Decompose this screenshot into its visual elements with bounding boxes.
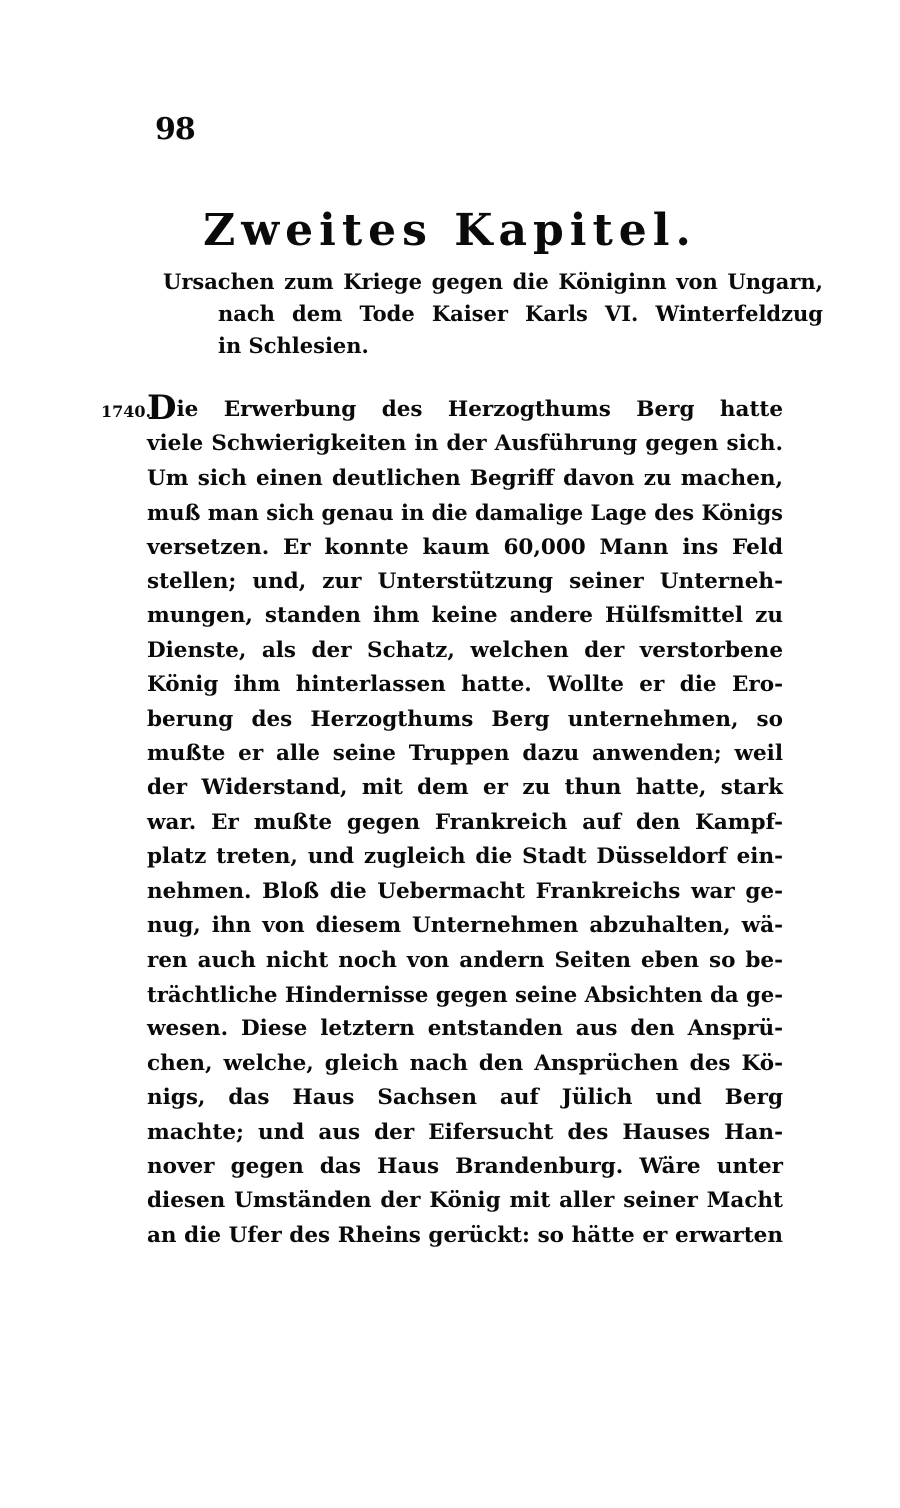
body-line: versetzen. Er konnte kaum 60,000 Mann in… (147, 531, 783, 565)
body-line: viele Schwierigkeiten in der Ausführung … (147, 427, 783, 461)
body-text: Die Erwerbung des Herzogthums Berg hatte… (147, 393, 783, 1253)
body-line: muß man sich genau in die damalige Lage … (147, 496, 783, 530)
body-line: Die Erwerbung des Herzogthums Berg hatte (147, 393, 783, 427)
summary-line: nach dem Tode Kaiser Karls VI. Winterfel… (163, 298, 823, 330)
drop-letter: D (147, 388, 176, 428)
body-line: diesen Umständen der König mit aller sei… (147, 1184, 783, 1218)
body-line: war. Er mußte gegen Frankreich auf den K… (147, 806, 783, 840)
body-line: nehmen. Bloß die Uebermacht Frankreichs … (147, 875, 783, 909)
body-line: mußte er alle seine Truppen dazu anwende… (147, 737, 783, 771)
body-line: berung des Herzogthums Berg unternehmen,… (147, 703, 783, 737)
body-line: an die Ufer des Rheins gerückt: so hätte… (147, 1219, 783, 1253)
page-number: 98 (155, 112, 195, 147)
body-line: platz treten, und zugleich die Stadt Düs… (147, 840, 783, 874)
chapter-title: Zweites Kapitel. (0, 205, 900, 256)
body-line: stellen; und, zur Unterstützung seiner U… (147, 565, 783, 599)
body-line: Dienste, als der Schatz, welchen der ver… (147, 634, 783, 668)
body-line: nover gegen das Haus Brandenburg. Wäre u… (147, 1150, 783, 1184)
body-line: der Widerstand, mit dem er zu thun hatte… (147, 771, 783, 805)
body-line: wesen. Diese letztern entstanden aus den… (147, 1012, 783, 1046)
body-line: trächtliche Hindernisse gegen seine Absi… (147, 978, 783, 1012)
body-line-text: ie Erwerbung des Herzogthums Berg hatte (176, 397, 783, 422)
margin-year-note: 1740. (101, 402, 151, 421)
body-line: Um sich einen deutlichen Begriff davon z… (147, 462, 783, 496)
body-line: machte; und aus der Eifersucht des Hause… (147, 1116, 783, 1150)
body-line: mungen, standen ihm keine andere Hülfsmi… (147, 599, 783, 633)
body-line: chen, welche, gleich nach den Ansprüchen… (147, 1047, 783, 1081)
chapter-summary: Ursachen zum Kriege gegen die Königinn v… (163, 266, 823, 362)
body-line: ren auch nicht noch von andern Seiten eb… (147, 944, 783, 978)
body-line: nigs, das Haus Sachsen auf Jülich und Be… (147, 1081, 783, 1115)
summary-line: in Schlesien. (163, 330, 823, 362)
summary-line: Ursachen zum Kriege gegen die Königinn v… (163, 266, 823, 298)
body-line: König ihm hinterlassen hatte. Wollte er … (147, 668, 783, 702)
body-line: nug, ihn von diesem Unternehmen abzuhalt… (147, 909, 783, 943)
